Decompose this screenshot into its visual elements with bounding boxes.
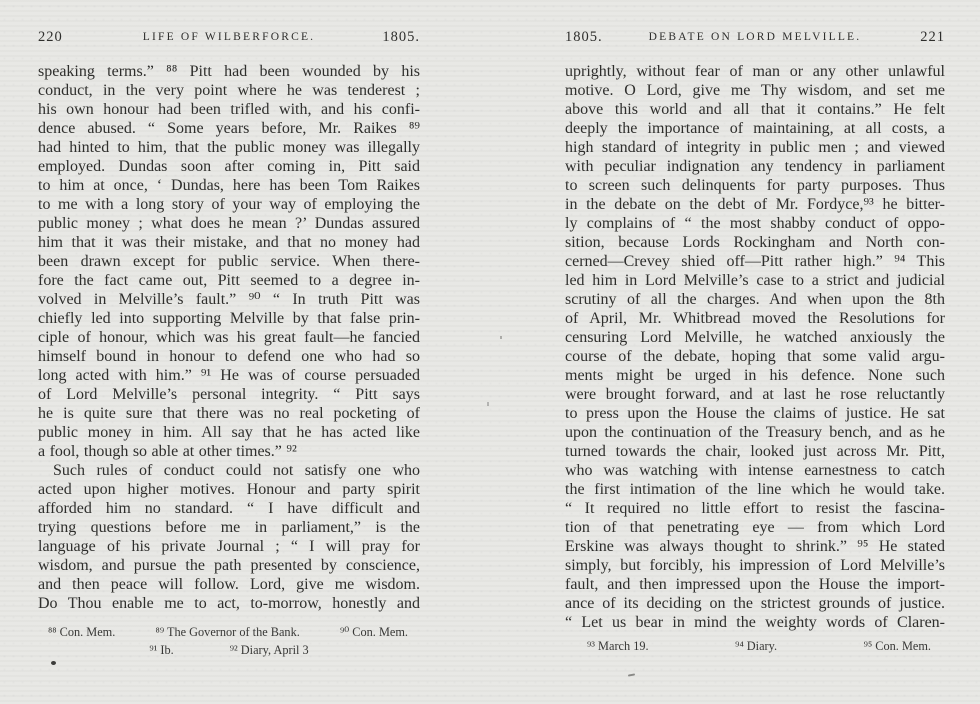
text-line: above this world and all that it contain… xyxy=(565,100,945,119)
text-line: ciple of honour, which was his great fau… xyxy=(38,328,420,347)
text-line: deeply the importance of maintaining, at… xyxy=(565,119,945,138)
text-line: ly complains of “ the most shabby conduc… xyxy=(565,214,945,233)
text-line: he is quite sure that there was no real … xyxy=(38,404,420,423)
right-header-year: 1805. xyxy=(565,29,603,46)
text-line: public money ; what does he mean ?’ Dund… xyxy=(38,214,420,233)
left-page-footnotes: ⁸⁸ Con. Mem. ⁸⁹ The Governor of the Bank… xyxy=(38,624,420,659)
text-line: upon the continuation of the Treasury be… xyxy=(565,423,945,442)
text-line: dence abused. “ Some years before, Mr. R… xyxy=(38,119,420,138)
footnote: ⁹⁴ Diary. xyxy=(735,638,777,656)
text-line: himself bound in honour to defend one wh… xyxy=(38,347,420,366)
right-page-number: 221 xyxy=(920,29,945,46)
text-line: long acted with him.” ⁹¹ He was of cours… xyxy=(38,366,420,385)
text-line: his own honour had been trifled with, an… xyxy=(38,100,420,119)
scan-speck xyxy=(500,336,502,339)
text-line: to screen such delinquents for party pur… xyxy=(565,176,945,195)
text-line: led him in Lord Melville’s case to a str… xyxy=(565,271,945,290)
text-line: ance of its deciding on the strictest gr… xyxy=(565,594,945,613)
text-line: course of the debate, hoping that some v… xyxy=(565,347,945,366)
text-line: afforded him no standard. “ I have diffi… xyxy=(38,499,420,518)
scan-speck xyxy=(51,661,56,665)
text-line: Erskine was always thought to shrink.” ⁹… xyxy=(565,537,945,556)
left-page-number: 220 xyxy=(38,29,63,46)
text-line: trying questions before me in parliament… xyxy=(38,518,420,537)
text-line: to me with a long story of your way of e… xyxy=(38,195,420,214)
text-line: cerned—Crevey shied off—Pitt rather high… xyxy=(565,252,945,271)
footnote-row: ⁹³ March 19. ⁹⁴ Diary. ⁹⁵ Con. Mem. xyxy=(565,638,945,656)
text-line: been drawn except for public service. Wh… xyxy=(38,252,420,271)
text-line: “ Let us bear in mind the weighty words … xyxy=(565,613,945,632)
text-line: employed. Dundas soon after coming in, P… xyxy=(38,157,420,176)
footnote: ⁸⁸ Con. Mem. xyxy=(48,624,115,642)
text-line: with peculiar indignation any tendency i… xyxy=(565,157,945,176)
text-line: the first intimation of the line which h… xyxy=(565,480,945,499)
text-line: public money in him. All say that he has… xyxy=(38,423,420,442)
text-line: chiefly led into supporting Melville by … xyxy=(38,309,420,328)
right-page: 1805. DEBATE ON LORD MELVILLE. 221 uprig… xyxy=(565,0,945,704)
text-line: to him at once, ‘ Dundas, here has been … xyxy=(38,176,420,195)
left-header-year: 1805. xyxy=(382,29,420,46)
text-line: wisdom, and pursue the path presented by… xyxy=(38,556,420,575)
text-line: to press upon the House the claims of ju… xyxy=(565,404,945,423)
scanned-book-spread: { "left_page": { "header": { "page_numbe… xyxy=(0,0,980,704)
text-line: a fool, though so able at other times.” … xyxy=(38,442,420,461)
text-line: censuring Lord Melville, he watched anxi… xyxy=(565,328,945,347)
footnote: ⁹¹ Ib. xyxy=(149,642,173,660)
text-line: volved in Melville’s fault.” ⁹⁰ “ In tru… xyxy=(38,290,420,309)
left-running-title: LIFE OF WILBERFORCE. xyxy=(143,31,316,43)
footnote: ⁹⁵ Con. Mem. xyxy=(864,638,931,656)
text-line: “ It required no little effort to resist… xyxy=(565,499,945,518)
left-page-header: 220 LIFE OF WILBERFORCE. 1805. xyxy=(38,29,420,49)
text-line: fault, and then impressed upon the House… xyxy=(565,575,945,594)
text-line: fore the fact came out, Pitt seemed to a… xyxy=(38,271,420,290)
right-page-footnotes: ⁹³ March 19. ⁹⁴ Diary. ⁹⁵ Con. Mem. xyxy=(565,638,945,656)
text-line: acted upon higher motives. Honour and pa… xyxy=(38,480,420,499)
text-line: simply, but forcibly, his impression of … xyxy=(565,556,945,575)
text-line: and then peace will follow. Lord, give m… xyxy=(38,575,420,594)
right-page-header: 1805. DEBATE ON LORD MELVILLE. 221 xyxy=(565,29,945,49)
text-line: him that it was their mistake, and that … xyxy=(38,233,420,252)
scan-speck xyxy=(487,402,489,406)
text-line: speaking terms.” ⁸⁸ Pitt had been wounde… xyxy=(38,62,420,81)
footnote: ⁹³ March 19. xyxy=(587,638,649,656)
footnote-row: ⁸⁸ Con. Mem. ⁸⁹ The Governor of the Bank… xyxy=(38,624,420,642)
text-line: in the debate on the debt of Mr. Fordyce… xyxy=(565,195,945,214)
text-line: were brought forward, and at last he ros… xyxy=(565,385,945,404)
text-line: Such rules of conduct could not satisfy … xyxy=(38,461,420,480)
right-running-title: DEBATE ON LORD MELVILLE. xyxy=(649,31,862,43)
text-line: who was watching with intense earnestnes… xyxy=(565,461,945,480)
right-page-body: uprightly, without fear of man or any ot… xyxy=(565,62,945,632)
text-line: high standard of integrity in public men… xyxy=(565,138,945,157)
text-line: motive. O Lord, give me Thy wisdom, and … xyxy=(565,81,945,100)
footnote: ⁹² Diary, April 3 xyxy=(230,642,309,660)
text-line: scrutiny of all the charges. And when up… xyxy=(565,290,945,309)
text-line: tion of that penetrating eye — from whic… xyxy=(565,518,945,537)
text-line: of April, Mr. Whitbread moved the Resolu… xyxy=(565,309,945,328)
text-line: had hinted to him, that the public money… xyxy=(38,138,420,157)
text-line: language of his private Journal ; “ I wi… xyxy=(38,537,420,556)
text-line: ments might be urged in his defence. Non… xyxy=(565,366,945,385)
footnote: ⁹⁰ Con. Mem. xyxy=(340,624,408,642)
footnote-row: ⁹¹ Ib. ⁹² Diary, April 3 xyxy=(38,642,420,660)
text-line: turned towards the chair, looked just ac… xyxy=(565,442,945,461)
left-page-body: speaking terms.” ⁸⁸ Pitt had been wounde… xyxy=(38,62,420,613)
text-line: conduct, in the very point where he was … xyxy=(38,81,420,100)
text-line: uprightly, without fear of man or any ot… xyxy=(565,62,945,81)
left-page: 220 LIFE OF WILBERFORCE. 1805. speaking … xyxy=(38,0,420,704)
text-line: Do Thou enable me to act, to-morrow, hon… xyxy=(38,594,420,613)
text-line: of Lord Melville’s personal integrity. “… xyxy=(38,385,420,404)
text-line: sition, because Lords Rockingham and Nor… xyxy=(565,233,945,252)
footnote: ⁸⁹ The Governor of the Bank. xyxy=(156,624,300,642)
